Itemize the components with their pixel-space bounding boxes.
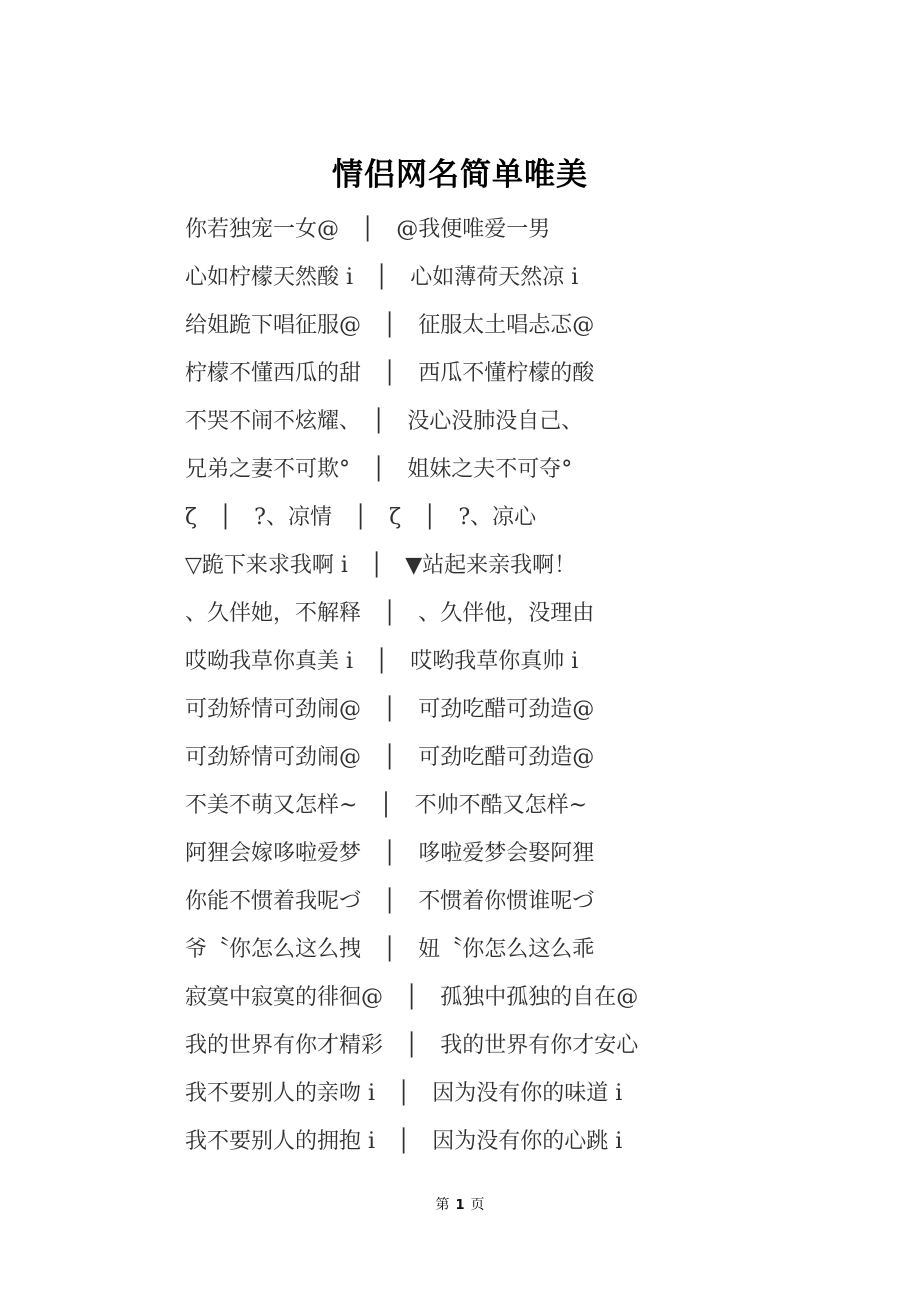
name-pair-line: 不哭不闹不炫耀、 │ 没心没肺没自己、 [185,398,745,446]
page-title: 情侣网名简单唯美 [0,149,920,194]
name-pair-line: 不美不萌又怎样~ │ 不帅不酷又怎样~ [185,782,745,830]
name-pair-line: ζ │ ?、凉情 │ ζ │ ?、凉心 [185,494,745,542]
name-pair-line: 哎呦我草你真美 i │ 哎哟我草你真帅 i [185,638,745,686]
name-pair-line: 寂寞中寂寞的徘徊@ │ 孤独中孤独的自在@ [185,974,745,1022]
name-pair-line: 、久伴她，不解释 │ 、久伴他，没理由 [185,590,745,638]
name-pair-line: 可劲矫情可劲闹@ │ 可劲吃醋可劲造@ [185,686,745,734]
name-pair-line: 阿狸会嫁哆啦爱梦 │ 哆啦爱梦会娶阿狸 [185,830,745,878]
name-pair-line: 你若独宠一女@ │ @我便唯爱一男 [185,206,745,254]
page-footer: 第1页 [0,1194,920,1214]
document-page: 情侣网名简单唯美 你若独宠一女@ │ @我便唯爱一男 心如柠檬天然酸 i │ 心… [0,0,920,1302]
name-pair-line: 我不要别人的亲吻 i │ 因为没有你的味道 i [185,1070,745,1118]
page-footer-prefix: 第 [435,1197,449,1213]
name-pair-list: 你若独宠一女@ │ @我便唯爱一男 心如柠檬天然酸 i │ 心如薄荷天然凉 i … [185,206,745,1166]
page-number: 1 [449,1198,470,1213]
name-pair-line: 我不要别人的拥抱 i │ 因为没有你的心跳 i [185,1118,745,1166]
page-footer-suffix: 页 [471,1197,485,1213]
name-pair-line: ▽跪下来求我啊 i │ ▼站起来亲我啊！ [185,542,745,590]
name-pair-line: 给姐跪下唱征服@ │ 征服太土唱忐忑@ [185,302,745,350]
name-pair-line: 心如柠檬天然酸 i │ 心如薄荷天然凉 i [185,254,745,302]
name-pair-line: 爷〝你怎么这么拽 │ 妞〝你怎么这么乖 [185,926,745,974]
name-pair-line: 柠檬不懂西瓜的甜 │ 西瓜不懂柠檬的酸 [185,350,745,398]
name-pair-line: 可劲矫情可劲闹@ │ 可劲吃醋可劲造@ [185,734,745,782]
name-pair-line: 你能不惯着我呢づ │ 不惯着你惯谁呢づ [185,878,745,926]
name-pair-line: 我的世界有你才精彩 │ 我的世界有你才安心 [185,1022,745,1070]
name-pair-line: 兄弟之妻不可欺° │ 姐妹之夫不可夺° [185,446,745,494]
